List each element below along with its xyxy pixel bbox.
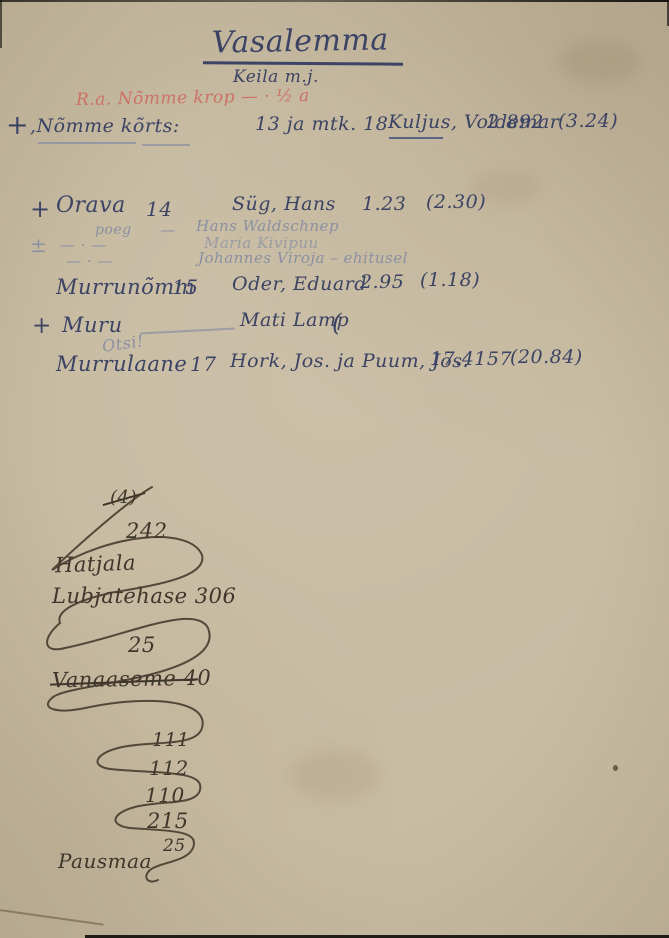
entry-murrunomm-person: Oder, Eduard <box>232 273 367 295</box>
pencil-dash: — <box>160 221 176 239</box>
pencil-stroke <box>140 328 235 334</box>
bottom-number-25a: 25 <box>128 633 156 657</box>
entry-murrunomm-number: 15 <box>172 275 198 299</box>
pencil-name-viroja: Johannes Viroja – ehitusel <box>198 249 408 267</box>
bottom-number-25b: 25 <box>163 836 186 856</box>
entry-murrunomm-value: 2.95 <box>360 271 404 293</box>
plusminus-mark: ± <box>30 233 47 257</box>
entry-orava-number: 14 <box>146 197 172 221</box>
paper-stain <box>560 40 640 84</box>
red-annotation: R.a. Nõmme krop — · ½ a <box>76 86 310 110</box>
ink-speck <box>613 765 618 771</box>
scan-edge-left <box>0 0 2 48</box>
entry-murrunomm-paren: (1.18) <box>420 269 480 291</box>
open-paren: ( <box>332 309 342 337</box>
entry-murrulaane-paren: (20.84) <box>510 346 583 368</box>
page-subtitle: Keila m.j. <box>233 67 319 87</box>
bottom-name-hatjala: Hatjala <box>55 551 137 578</box>
entry-nomme-value: 2.892 <box>487 111 544 133</box>
bottom-number-111: 111 <box>152 729 190 751</box>
plus-mark: + <box>6 110 29 141</box>
entry-nomme-name: ,Nõmme kõrts: <box>30 115 180 137</box>
entry-orava-person: Süg, Hans <box>232 193 336 215</box>
pencil-underline <box>38 142 136 144</box>
bottom-number-110: 110 <box>145 783 185 807</box>
scan-edge-top <box>0 0 669 2</box>
paper-texture <box>0 0 669 938</box>
pencil-name-waldschnep: Hans Waldschnep <box>196 217 339 235</box>
entry-nomme-paren: (3.24) <box>558 110 618 132</box>
paper-crease <box>0 908 104 925</box>
entry-murrulaane-name: Murrulaane <box>56 352 187 376</box>
bottom-number-215: 215 <box>147 809 189 833</box>
entry-muru-name: Muru <box>62 313 123 337</box>
entry-orava-paren: (2.30) <box>426 191 486 213</box>
entry-orava-name: Orava <box>56 193 126 218</box>
title-underline <box>203 61 403 65</box>
entry-murrulaane-value: 17.4157 <box>430 348 512 370</box>
page-title: Vasalemma <box>212 22 389 60</box>
entry-murrulaane-number: 17 <box>190 352 216 376</box>
plus-mark: + <box>30 195 51 223</box>
entry-orava-value: 1.23 <box>362 193 406 215</box>
bottom-name-pausmaa: Pausmaa <box>58 849 152 873</box>
bottom-number-242: 242 <box>126 519 168 543</box>
plus-mark: + <box>32 313 52 339</box>
name-underline <box>389 137 443 139</box>
pencil-ditto-dash: — · — <box>66 252 113 270</box>
entry-nomme-detail: 13 ja mtk. 18 <box>255 113 388 135</box>
paper-stain <box>290 750 380 800</box>
scanned-document-page: { "paper": { "title": "Vasalemma", "subt… <box>0 0 669 938</box>
bottom-number-112: 112 <box>149 756 189 780</box>
bottom-name-lubjatehase: Lubjatehase 306 <box>52 584 236 608</box>
pencil-underline <box>142 144 190 146</box>
